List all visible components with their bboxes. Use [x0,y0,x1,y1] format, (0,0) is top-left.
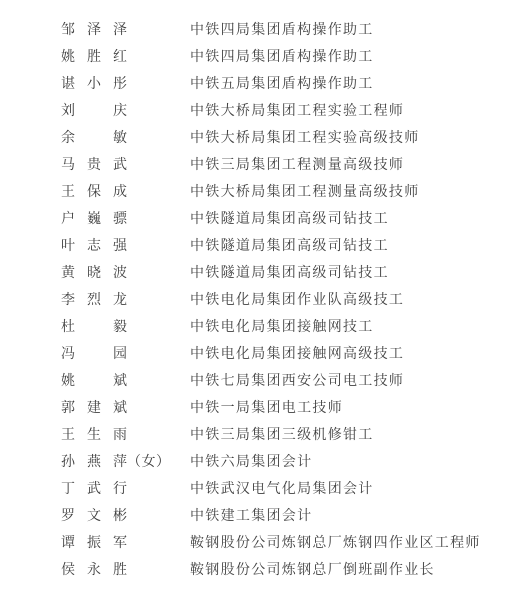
person-name: 谭振军 [61,530,127,557]
person-title: 中铁电化局集团接触网高级技工 [190,341,404,368]
list-item: 姚斌 中铁七局集团西安公司电工技师 [0,368,519,395]
person-title: 鞍钢股份公司炼钢总厂炼钢四作业区工程师 [190,530,481,557]
person-title: 中铁三局集团三级机修钳工 [190,422,374,449]
list-item: 郭建斌 中铁一局集团电工技师 [0,395,519,422]
list-item: 刘庆 中铁大桥局集团工程实验工程师 [0,98,519,125]
person-title: 中铁四局集团盾构操作助工 [190,44,374,71]
name-title-list: 邹泽泽 中铁四局集团盾构操作助工 姚胜红 中铁四局集团盾构操作助工 谌小彤 中铁… [0,17,519,584]
person-title: 中铁四局集团盾构操作助工 [190,17,374,44]
person-name: 罗文彬 [61,503,127,530]
person-name: 黄晓波 [61,260,127,287]
person-title: 中铁大桥局集团工程实验高级技师 [190,125,420,152]
person-name: 孙燕萍 [61,449,127,476]
list-item: 黄晓波 中铁隧道局集团高级司钻技工 [0,260,519,287]
person-title: 中铁隧道局集团高级司钻技工 [190,206,389,233]
person-name: 余敏 [61,125,127,152]
list-item: 丁武行 中铁武汉电气化局集团会计 [0,476,519,503]
list-item: 王保成 中铁大桥局集团工程测量高级技师 [0,179,519,206]
list-item: 马贵武 中铁三局集团工程测量高级技师 [0,152,519,179]
list-item: 杜毅 中铁电化局集团接触网技工 [0,314,519,341]
list-item: 侯永胜 鞍钢股份公司炼钢总厂倒班副作业长 [0,557,519,584]
person-name: 侯永胜 [61,557,127,584]
person-name: 丁武行 [61,476,127,503]
list-item: 王生雨 中铁三局集团三级机修钳工 [0,422,519,449]
list-item: 户巍骠 中铁隧道局集团高级司钻技工 [0,206,519,233]
person-name: 王生雨 [61,422,127,449]
person-title: 中铁三局集团工程测量高级技师 [190,152,404,179]
person-name: 户巍骠 [61,206,127,233]
person-name: 杜毅 [61,314,127,341]
list-item: 姚胜红 中铁四局集团盾构操作助工 [0,44,519,71]
person-title: 中铁隧道局集团高级司钻技工 [190,260,389,287]
list-item: 谭振军 鞍钢股份公司炼钢总厂炼钢四作业区工程师 [0,530,519,557]
list-item: 罗文彬 中铁建工集团会计 [0,503,519,530]
list-item: 李烈龙 中铁电化局集团作业队高级技工 [0,287,519,314]
person-name: 王保成 [61,179,127,206]
person-title: 中铁大桥局集团工程测量高级技师 [190,179,420,206]
document-page: 邹泽泽 中铁四局集团盾构操作助工 姚胜红 中铁四局集团盾构操作助工 谌小彤 中铁… [0,0,519,605]
person-name: 马贵武 [61,152,127,179]
person-title: 中铁武汉电气化局集团会计 [190,476,374,503]
list-item: 余敏 中铁大桥局集团工程实验高级技师 [0,125,519,152]
person-title: 中铁大桥局集团工程实验工程师 [190,98,404,125]
person-title: 中铁隧道局集团高级司钻技工 [190,233,389,260]
person-title: 中铁一局集团电工技师 [190,395,343,422]
person-title: 中铁六局集团会计 [190,449,312,476]
gender-note: （女） [127,449,171,476]
person-name: 姚斌 [61,368,127,395]
person-title: 中铁电化局集团作业队高级技工 [190,287,404,314]
list-item: 冯园 中铁电化局集团接触网高级技工 [0,341,519,368]
list-item: 谌小彤 中铁五局集团盾构操作助工 [0,71,519,98]
person-name: 邹泽泽 [61,17,127,44]
list-item: 叶志强 中铁隧道局集团高级司钻技工 [0,233,519,260]
person-name: 冯园 [61,341,127,368]
person-name: 谌小彤 [61,71,127,98]
person-title: 中铁建工集团会计 [190,503,312,530]
person-name: 叶志强 [61,233,127,260]
person-name: 姚胜红 [61,44,127,71]
person-name: 郭建斌 [61,395,127,422]
person-name: 刘庆 [61,98,127,125]
list-item: 孙燕萍 （女） 中铁六局集团会计 [0,449,519,476]
person-title: 中铁电化局集团接触网技工 [190,314,374,341]
person-name: 李烈龙 [61,287,127,314]
person-title: 中铁五局集团盾构操作助工 [190,71,374,98]
person-title: 鞍钢股份公司炼钢总厂倒班副作业长 [190,557,435,584]
list-item: 邹泽泽 中铁四局集团盾构操作助工 [0,17,519,44]
person-title: 中铁七局集团西安公司电工技师 [190,368,404,395]
